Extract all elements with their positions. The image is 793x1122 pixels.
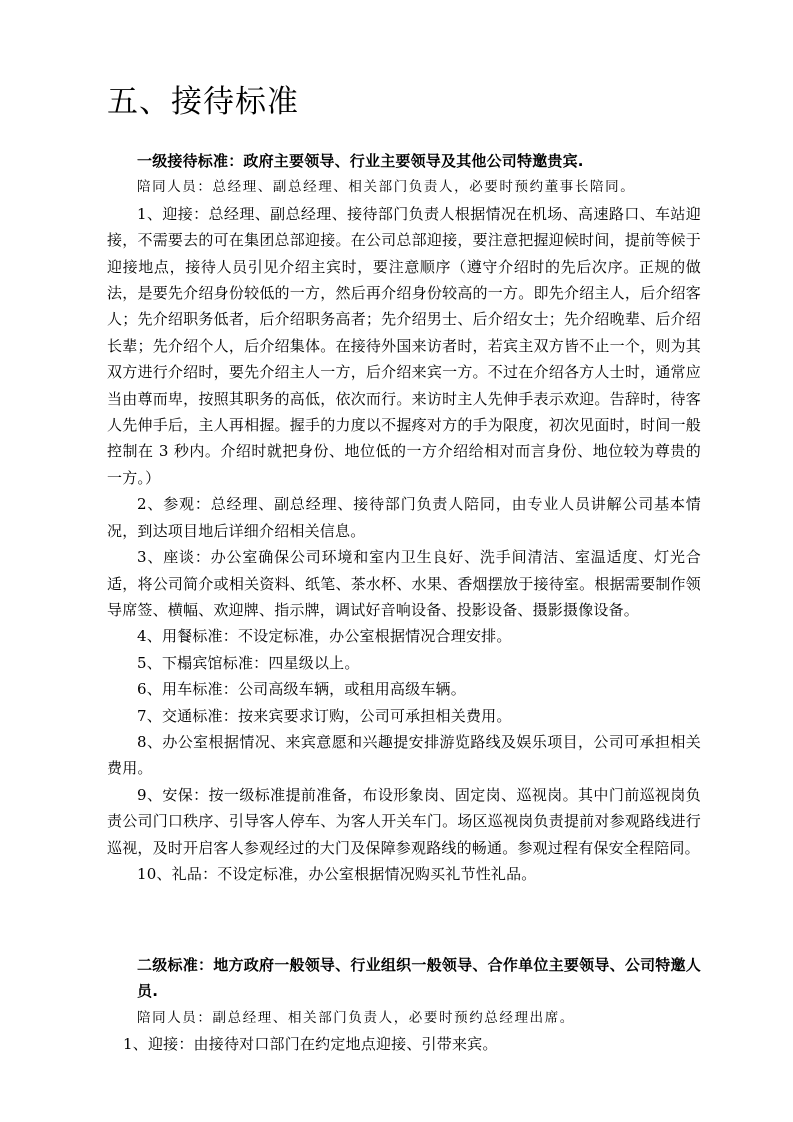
section-heading: 五、接待标准 (107, 82, 299, 122)
level1-item-welcome: 1、迎接：总经理、副总经理、接待部门负责人根据情况在机场、高速路口、车站迎接，不… (107, 201, 701, 491)
level1-accompany: 陪同人员：总经理、副总经理、相关部门负责人，必要时预约董事长陪同。 (107, 174, 701, 200)
level1-item-security: 9、安保：按一级标准提前准备，布设形象岗、固定岗、巡视岗。其中门前巡视岗负责公司… (107, 782, 701, 861)
level2-accompany: 陪同人员：副总经理、相关部门负责人，必要时预约总经理出席。 (107, 1005, 701, 1031)
level1-item-visit: 2、参观：总经理、副总经理、接待部门负责人陪同，由专业人员讲解公司基本情况，到达… (107, 491, 701, 544)
level1-item-vehicle: 6、用车标准：公司高级车辆，或租用高级车辆。 (107, 676, 701, 702)
level2-item-welcome: 1、迎接：由接待对口部门在约定地点迎接、引带来宾。 (107, 1031, 701, 1057)
level1-title: 一级接待标准：政府主要领导、行业主要领导及其他公司特邀贵宾. (107, 148, 701, 174)
level1-item-tour: 8、办公室根据情况、来宾意愿和兴趣提安排游览路线及娱乐项目，公司可承担相关费用。 (107, 729, 701, 782)
level1-item-hotel: 5、下榻宾馆标准：四星级以上。 (107, 650, 701, 676)
level2-title: 二级标准：地方政府一般领导、行业组织一般领导、合作单位主要领导、公司特邀人员. (107, 952, 701, 1005)
level1-item-gift: 10、礼品：不设定标准，办公室根据情况购买礼节性礼品。 (107, 861, 701, 887)
level1-item-meeting: 3、座谈：办公室确保公司环境和室内卫生良好、洗手间清洁、室温适度、灯光合适，将公… (107, 544, 701, 623)
level2-section: 二级标准：地方政府一般领导、行业组织一般领导、合作单位主要领导、公司特邀人员. … (107, 952, 701, 1058)
level1-item-transport: 7、交通标准：按来宾要求订购，公司可承担相关费用。 (107, 703, 701, 729)
level1-section: 一级接待标准：政府主要领导、行业主要领导及其他公司特邀贵宾. 陪同人员：总经理、… (107, 148, 701, 887)
level1-item-dining: 4、用餐标准：不设定标准，办公室根据情况合理安排。 (107, 623, 701, 649)
